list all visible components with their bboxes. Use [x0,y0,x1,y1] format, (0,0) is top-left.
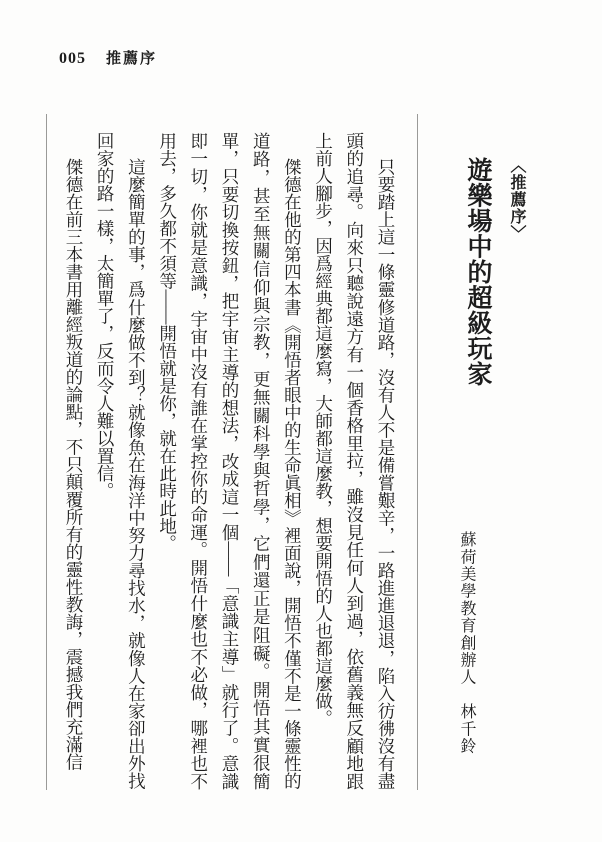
book-page: 005 推薦序 〈推薦序〉 遊樂場中的超級玩家 蘇荷美學教育創辦人 林千鈴 只要… [0,0,602,842]
body-paragraph: 這麼簡單的事，爲什麼做不到？就像魚在海洋中努力尋找水，就像人在家卻出外找回家的路… [89,132,151,790]
running-head: 005 推薦序 [59,47,157,68]
author-line: 蘇荷美學教育創辦人 林千鈴 [455,531,478,761]
title-block: 〈推薦序〉 遊樂場中的超級玩家 [459,157,536,577]
body-text: 只要踏上這一條靈修道路，沒有人不是備嘗艱辛，一路進進退退，陷入彷彿沒有盡頭的追尋… [57,132,401,790]
body-paragraph: 傑德在前三本書用離經叛道的論點，不只顛覆所有的靈性教誨，震撼我們充滿信 [58,132,89,790]
section-label: 推薦序 [106,47,157,68]
article-title: 遊樂場中的超級玩家 [459,157,495,577]
preface-label: 〈推薦序〉 [501,157,536,577]
page-number: 005 [59,50,86,68]
frame-rule-right [417,114,418,790]
frame-rule-left [46,114,47,790]
body-paragraph: 傑德在他的第四本書《開悟者眼中的生命眞相》裡面說，開悟不僅不是一條靈性的道路，甚… [151,132,307,790]
body-paragraph: 只要踏上這一條靈修道路，沒有人不是備嘗艱辛，一路進進退退，陷入彷彿沒有盡頭的追尋… [307,132,401,790]
